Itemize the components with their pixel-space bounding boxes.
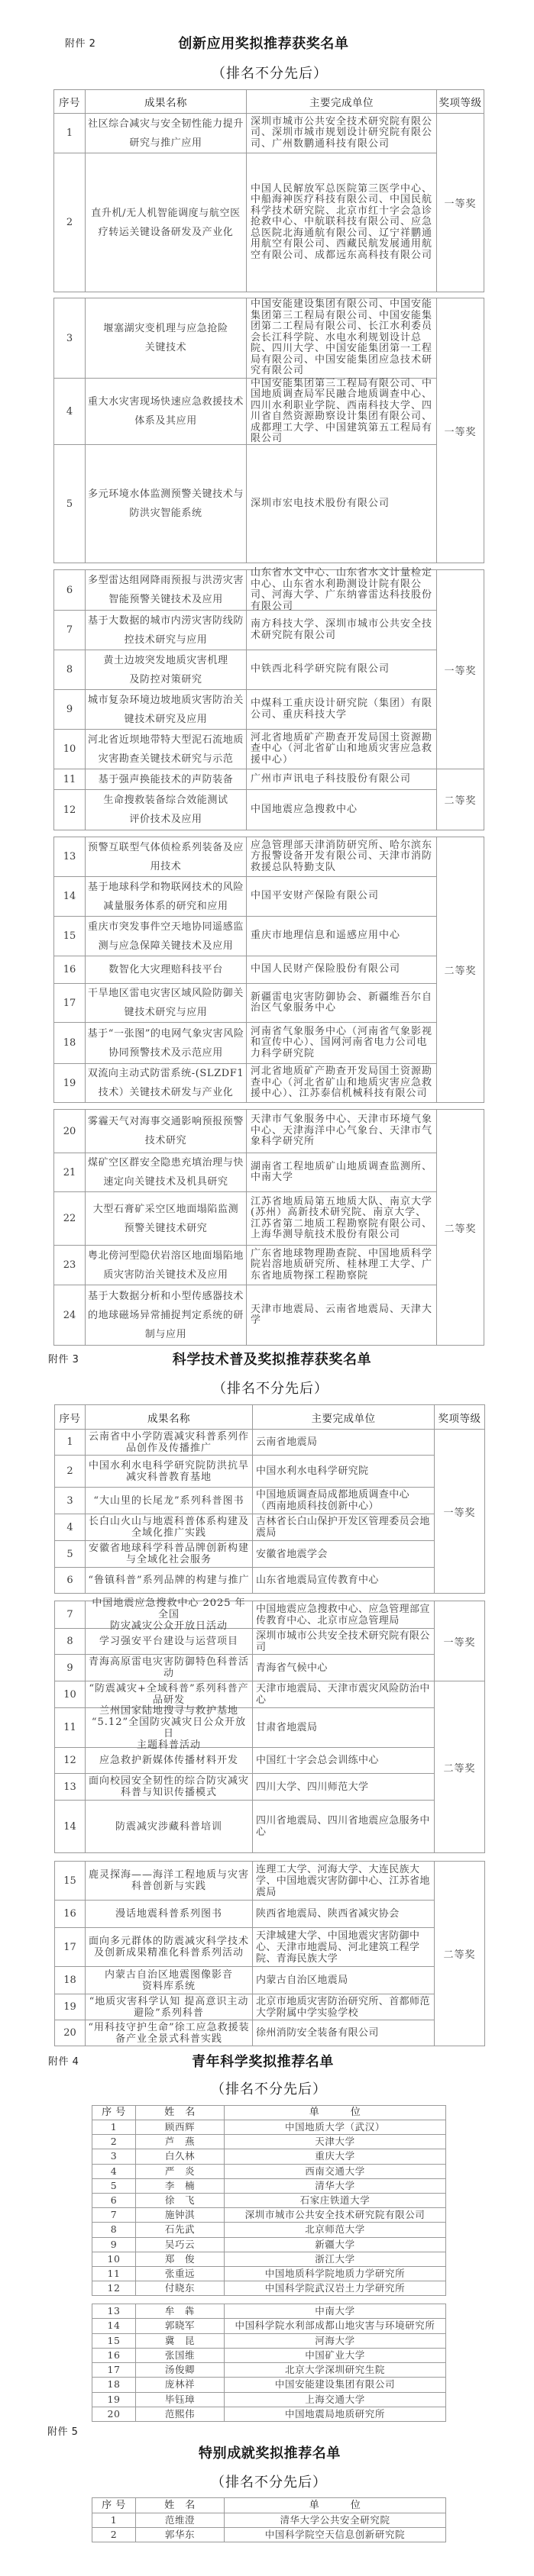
attachment-label: 附件 3 [48,1354,79,1366]
table-row: 11基于强声换能技术的声防装备广州市声讯电子科技股份有限公司 [54,769,484,790]
completing-units-cell: 四川大学、四川师范大学 [253,1774,435,1801]
achievement-name-cell: 预警互联型气体侦检系列装备及应用技术 [86,837,247,877]
row-index-cell: 2 [55,1456,86,1488]
person-name-cell: 范维澄 [136,2513,225,2528]
section-subtitle: （排名不分先后） [154,2081,384,2098]
table-header-cell: 奖项等级 [437,90,484,114]
table-row: 3堰塞湖灾变机理与应急抢险 关键技术中国安能建设集团有限公司、中国安能集团第三工… [54,298,484,379]
table-row: 13面向校园安全韧性的综合防灾减灾科普与知识传播模式四川大学、四川师范大学 [55,1774,485,1801]
person-name-cell: 徐 飞 [136,2194,225,2208]
row-index-cell: 13 [55,1774,86,1801]
completing-units-cell: 中国安能建设集团有限公司、中国安能集团第三工程局有限公司、中国安能集团第二工程局… [247,298,437,379]
table-row: 5多元环境水体监测预警关键技术与防洪灾智能系统深圳市宏电技术股份有限公司 [54,445,484,563]
table-row: 7中国地震应急搜救中心 2025 年全国 防灾减灾公众开放日活动中国地震应急搜救… [55,1601,485,1629]
row-index-cell: 18 [92,2378,136,2392]
award-level-cell: 二等奖 [437,837,484,1103]
row-index-cell: 8 [55,1629,86,1655]
row-index-cell: 11 [55,1708,86,1748]
t1-table-block: 6多型雷达组网降雨预报与洪涝灾害智能预警关键技术及应用山东省水文中心、山东省水文… [53,569,484,830]
table-row: 4长白山火山与地震科普体系构建及全域化推广实践吉林省长白山保护开发区管理委员会地… [55,1514,485,1541]
completing-units-cell: 中煤科工重庆设计研究院（集团）有限公司、重庆科技大学 [247,690,437,730]
section-subtitle: （排名不分先后） [154,2474,384,2491]
table-header-row: 序号成果名称主要完成单位奖项等级 [54,90,484,114]
row-index-cell: 1 [55,1430,86,1456]
achievement-name-cell: 干旱地区雷电灾害区域风险防御关键技术研究与应用 [86,984,247,1023]
t1-table-block: 3堰塞湖灾变机理与应急抢险 关键技术中国安能建设集团有限公司、中国安能集团第三工… [53,298,484,563]
award-level-cell: 二等奖 [437,769,484,830]
table-row: 2直升机/无人机智能调度与航空医疗转运关键设备研发及产业化中国人民解放军总医院第… [54,153,484,292]
row-index-cell: 24 [54,1285,86,1346]
row-index-cell: 8 [54,650,86,690]
table-row: 18内蒙古自治区地震图像影音 资料库系统内蒙古自治区地震局 [55,1967,485,1994]
person-name-cell: 顾西辉 [136,2120,225,2135]
row-index-cell: 4 [55,1514,86,1541]
achievement-name-cell: 中国水利水电科学研究院防洪抗旱减灾科普教育基地 [86,1456,253,1488]
row-index-cell: 11 [92,2267,136,2281]
achievement-name-cell: 黄土边坡突发地质灾害机理 及防控对策研究 [86,650,247,690]
table-row: 17汤俊卿北京大学深圳研究生院 [92,2363,446,2378]
attachment-label: 附件 5 [47,2426,78,2439]
row-index-cell: 16 [92,2349,136,2363]
achievement-name-cell: 粤北傍河型隐伏岩溶区地面塌陷地质灾害防治关键技术及应用 [86,1246,247,1285]
table-row: 16数智化大灾理赔科技平台中国人民财产保险股份有限公司 [54,956,484,984]
t5-table-block: 序 号姓 名单 位1范维澄清华大学公共安全研究院2郭华东中国科学院空天信息创新研… [92,2497,446,2542]
row-index-cell: 11 [54,769,86,790]
table-row: 20雾霾天气对海事交通影响预报预警技术研究天津市气象服务中心、天津市环境气象中心… [54,1110,484,1153]
completing-units-cell: 中国平安财产保险有限公司 [247,877,437,917]
table-row: 17干旱地区雷电灾害区域风险防御关键技术研究与应用新疆雷电灾害防御协会、新疆维吾… [54,984,484,1023]
person-name-cell: 石先武 [136,2223,225,2237]
achievement-name-cell: 学习强安平台建设与运营项目 [86,1629,253,1655]
row-index-cell: 19 [55,1994,86,2020]
row-index-cell: 9 [92,2238,136,2252]
award-level-cell: 一等奖 [437,570,484,769]
table-row: 8黄土边坡突发地质灾害机理 及防控对策研究中铁西北科学研究院有限公司 [54,650,484,690]
table-header-cell: 单 位 [225,2106,446,2120]
person-name-cell: 冀 昆 [136,2334,225,2349]
row-index-cell: 15 [92,2334,136,2349]
affiliation-cell: 中国安能建设集团有限公司 [225,2378,446,2392]
row-index-cell: 2 [54,153,86,292]
table-row: 14郭晓军中国科学院水利部成都山地灾害与环境研究所 [92,2319,446,2333]
row-index-cell: 2 [92,2135,136,2149]
person-name-cell: 庞林祥 [136,2378,225,2392]
row-index-cell: 6 [92,2194,136,2208]
row-index-cell: 16 [55,1901,86,1928]
completing-units-cell: 四川省地震局、四川省地震应急服务中心 [253,1801,435,1853]
table-row: 17面向多元群体的防震减灾科学技术及创新成果精准化科普系列活动天津城建大学、中国… [55,1928,485,1967]
award-level-cell: 二等奖 [435,1862,485,2046]
completing-units-cell: 北京市地质灾害防治研究所、首都师范大学附属中学实验学校 [253,1994,435,2020]
achievement-name-cell: 基于大数据分析和小型传感器技术的地球磁场异常捕捉判定系统的研制与应用 [86,1285,247,1346]
table-row: 22大型石膏矿采空区地面塌陷监测 预警关键技术研究江苏省地质局第五地质大队、南京… [54,1192,484,1246]
achievement-name-cell: 兰州国家陆地搜寻与救护基地 “5.12”全国防灾减灾日公众开放日 主题科普活动 [86,1708,253,1748]
row-index-cell: 3 [92,2149,136,2164]
row-index-cell: 1 [92,2120,136,2135]
row-index-cell: 1 [92,2513,136,2528]
table-row: 2郭华东中国科学院空天信息创新研究院 [92,2528,446,2542]
row-index-cell: 19 [92,2393,136,2407]
person-name-cell: 严 炎 [136,2165,225,2179]
achievement-name-cell: 重大水灾害现场快速应急救援技术体系及其应用 [86,379,247,445]
completing-units-cell: 山东省地震局宣传教育中心 [253,1568,435,1594]
achievement-name-cell: “鲁镇科普”系列品牌的构建与推广 [86,1568,253,1594]
achievement-name-cell: 青海高原雷电灾害防御特色科普活动 [86,1655,253,1681]
person-name-cell: 张国维 [136,2349,225,2363]
achievement-name-cell: 煤矿空区群安全隐患充填治理与快速定向关键技术及机具研究 [86,1153,247,1192]
table-header-row: 序 号姓 名单 位 [92,2106,446,2120]
achievement-name-cell: “用科技守护生命”徐工应急救援装备产业全景式科普实践 [86,2020,253,2046]
achievement-name-cell: 基于大数据的城市内涝灾害防线防控技术研究与应用 [86,611,247,650]
person-name-cell: 李 楠 [136,2179,225,2194]
affiliation-cell: 清华大学 [225,2179,446,2194]
table-row: 14基于地球科学和物联网技术的风险减量服务体系的研究和应用中国平安财产保险有限公… [54,877,484,917]
row-index-cell: 7 [92,2208,136,2223]
row-index-cell: 19 [54,1064,86,1103]
affiliation-cell: 清华大学公共安全研究院 [225,2513,446,2528]
attachment-label: 附件 2 [65,38,95,50]
table-header-cell: 序 号 [92,2498,136,2513]
achievement-name-cell: “大山里的长尾龙”系列科普图书 [86,1488,253,1514]
completing-units-cell: 甘肃省地震局 [253,1708,435,1748]
table-row: 12应急救护新媒体传播材料开发中国红十字会总会训练中心 [55,1748,485,1774]
completing-units-cell: 中国安能集团第三工程局有限公司、中国地质调查局军民融合地质调查中心、四川水利职业… [247,379,437,445]
affiliation-cell: 中国地质科学院地质力学研究所 [225,2267,446,2281]
affiliation-cell: 北京师范大学 [225,2223,446,2237]
achievement-name-cell: 城市复杂环境边坡地质灾害防治关键技术研究及应用 [86,690,247,730]
affiliation-cell: 中国科学院空天信息创新研究院 [225,2528,446,2542]
table-row: 18庞林祥中国安能建设集团有限公司 [92,2378,446,2392]
section-title: 特别成就奖拟推荐名单 [109,2445,430,2462]
section-subtitle: （排名不分先后） [155,66,384,82]
section-title: 创新应用奖拟推荐获奖名单 [103,36,424,53]
t3-table-block: 15鹿灵探海——海洋工程地质与灾害科普创新与实践连理工大学、河海大学、大连民族大… [54,1861,485,2046]
table-row: 7基于大数据的城市内涝灾害防线防控技术研究与应用南方科技大学、深圳市城市公共安全… [54,611,484,650]
row-index-cell: 14 [55,1801,86,1853]
achievement-name-cell: 安徽省地球科学科普品牌创新构建与全域化社会服务 [86,1541,253,1568]
person-name-cell: 牟 犇 [136,2304,225,2319]
affiliation-cell: 中国科学院武汉岩土力学研究所 [225,2281,446,2296]
row-index-cell: 23 [54,1246,86,1285]
achievement-name-cell: 基于强声换能技术的声防装备 [86,769,247,790]
section-title: 科学技术普及奖拟推荐获奖名单 [112,1352,432,1369]
achievement-name-cell: 面向多元群体的防震减灾科学技术及创新成果精准化科普系列活动 [86,1928,253,1967]
row-index-cell: 10 [54,730,86,769]
attachment-label: 附件 4 [48,2056,79,2068]
person-name-cell: 吴巧云 [136,2238,225,2252]
row-index-cell: 18 [55,1967,86,1994]
table-row: 19双流向主动式防雷系统-(SLZDF1 技术）关键技术研发与产业化河北省地质矿… [54,1064,484,1103]
table-row: 6“鲁镇科普”系列品牌的构建与推广山东省地震局宣传教育中心 [55,1568,485,1594]
row-index-cell: 20 [55,2020,86,2046]
achievement-name-cell: 漫话地震科普系列图书 [86,1901,253,1928]
person-name-cell: 郭晓军 [136,2319,225,2333]
table-header-cell: 成果名称 [86,1405,253,1430]
row-index-cell: 15 [54,917,86,956]
row-index-cell: 4 [92,2165,136,2179]
table-row: 10郑 俊浙江大学 [92,2252,446,2267]
section-subtitle: （排名不分先后） [156,1381,385,1398]
table-row: 23粤北傍河型隐伏岩溶区地面塌陷地质灾害防治关键技术及应用广东省地球物理勘查院、… [54,1246,484,1285]
row-index-cell: 4 [54,379,86,445]
completing-units-cell: 应急管理部天津消防研究所、哈尔滨东方报警设备开发有限公司、天津市消防救援总队特勤… [247,837,437,877]
t1-table-block: 序号成果名称主要完成单位奖项等级1社区综合减灾与安全韧性能力提升研究与推广应用深… [53,89,484,292]
completing-units-cell: 重庆市地理信息和遥感应用中心 [247,917,437,956]
t3-table-block: 序号成果名称主要完成单位奖项等级1云南省中小学防震减灾科普系列作品创作及传播推广… [54,1404,485,1594]
achievement-name-cell: 防震减灾涉藏科普培训 [86,1801,253,1853]
completing-units-cell: 安徽省地震学会 [253,1541,435,1568]
completing-units-cell: 中国地质调查局成都地质调查中心 （西南地质科技创新中心） [253,1488,435,1514]
row-index-cell: 3 [55,1488,86,1514]
row-index-cell: 2 [92,2528,136,2542]
completing-units-cell: 江苏省地质局第五地质大队、南京大学(苏州）高新技术研究院、南京大学、江苏省第二地… [247,1192,437,1246]
table-row: 19毕钰璋上海交通大学 [92,2393,446,2407]
completing-units-cell: 湖南省工程地质矿山地质调查监测所、中南大学 [247,1153,437,1192]
achievement-name-cell: 双流向主动式防雷系统-(SLZDF1 技术）关键技术研发与产业化 [86,1064,247,1103]
table-row: 3“大山里的长尾龙”系列科普图书中国地质调查局成都地质调查中心 （西南地质科技创… [55,1488,485,1514]
completing-units-cell: 深圳市宏电技术股份有限公司 [247,445,437,563]
completing-units-cell: 新疆雷电灾害防御协会、新疆维吾尔自治区气象服务中心 [247,984,437,1023]
table-row: 6徐 飞石家庄铁道大学 [92,2194,446,2208]
table-header-cell: 序号 [54,90,86,114]
table-row: 2芦 燕天津大学 [92,2135,446,2149]
completing-units-cell: 徐州消防安全装备有限公司 [253,2020,435,2046]
row-index-cell: 5 [55,1541,86,1568]
table-header-row: 序号成果名称主要完成单位奖项等级 [55,1405,485,1430]
completing-units-cell: 中国地震应急搜救中心、应急管理部宣传教育中心、北京市应急管理局 [253,1601,435,1629]
completing-units-cell: 广州市声讯电子科技股份有限公司 [247,769,437,790]
completing-units-cell: 中国水利水电科学研究院 [253,1456,435,1488]
table-row: 21煤矿空区群安全隐患充填治理与快速定向关键技术及机具研究湖南省工程地质矿山地质… [54,1153,484,1192]
row-index-cell: 7 [55,1601,86,1629]
completing-units-cell: 山东省水文中心、山东省水文计量检定中心、山东省水利勘测设计院有限公司、河海大学、… [247,570,437,611]
table-header-cell: 序 号 [92,2106,136,2120]
table-row: 12付晓东中国科学院武汉岩土力学研究所 [92,2281,446,2296]
t4-table-block: 序 号姓 名单 位1顾西辉中国地质大学（武汉）2芦 燕天津大学3白久林重庆大学4… [92,2105,446,2296]
achievement-name-cell: 堰塞湖灾变机理与应急抢险 关键技术 [86,298,247,379]
table-row: 13预警互联型气体侦检系列装备及应用技术应急管理部天津消防研究所、哈尔滨东方报警… [54,837,484,877]
award-level-cell: 二等奖 [437,1110,484,1346]
table-row: 9吴巧云新疆大学 [92,2238,446,2252]
completing-units-cell: 云南省地震局 [253,1430,435,1456]
table-row: 1顾西辉中国地质大学（武汉） [92,2120,446,2135]
completing-units-cell: 天津市地震局、天津市震灾风险防治中心 [253,1681,435,1708]
table-row: 8石先武北京师范大学 [92,2223,446,2237]
table-row: 15鹿灵探海——海洋工程地质与灾害科普创新与实践连理工大学、河海大学、大连民族大… [55,1862,485,1901]
person-name-cell: 芦 燕 [136,2135,225,2149]
affiliation-cell: 重庆大学 [225,2149,446,2164]
row-index-cell: 22 [54,1192,86,1246]
person-name-cell: 汤俊卿 [136,2363,225,2378]
row-index-cell: 14 [54,877,86,917]
achievement-name-cell: “地质灾害科学认知 提高意识主动避险”系列科普 [86,1994,253,2020]
table-row: 20“用科技守护生命”徐工应急救援装备产业全景式科普实践徐州消防安全装备有限公司 [55,2020,485,2046]
table-header-cell: 成果名称 [86,90,247,114]
table-row: 1云南省中小学防震减灾科普系列作品创作及传播推广云南省地震局 [55,1430,485,1456]
row-index-cell: 12 [92,2281,136,2296]
row-index-cell: 17 [55,1928,86,1967]
table-row: 16张国维中国矿业大学 [92,2349,446,2363]
table-row: 15冀 昆河海大学 [92,2334,446,2349]
achievement-name-cell: 云南省中小学防震减灾科普系列作品创作及传播推广 [86,1430,253,1456]
table-row: 9城市复杂环境边坡地质灾害防治关键技术研究及应用中煤科工重庆设计研究院（集团）有… [54,690,484,730]
affiliation-cell: 中国科学院水利部成都山地灾害与环境研究所 [225,2319,446,2333]
table-row: 3白久林重庆大学 [92,2149,446,2164]
affiliation-cell: 中南大学 [225,2304,446,2319]
completing-units-cell: 河北省地质矿产勘查开发局国土资源勘查中心（河北省矿山和地质灾害应急救援中心）、江… [247,1064,437,1103]
table-row: 20范熙伟中国地震局地质研究所 [92,2407,446,2422]
table-row: 9青海高原雷电灾害防御特色科普活动青海省气候中心 [55,1655,485,1681]
table-header-cell: 奖项等级 [435,1405,485,1430]
achievement-name-cell: 社区综合减灾与安全韧性能力提升研究与推广应用 [86,114,247,153]
completing-units-cell: 中国人民解放军总医院第三医学中心、中船海神医疗科技有限公司、中国民航科学技术研究… [247,153,437,292]
table-row: 11兰州国家陆地搜寻与救护基地 “5.12”全国防灾减灾日公众开放日 主题科普活… [55,1708,485,1748]
affiliation-cell: 上海交通大学 [225,2393,446,2407]
table-row: 7施钟淇深圳市城市公共安全技术研究院有限公司 [92,2208,446,2223]
row-index-cell: 17 [54,984,86,1023]
completing-units-cell: 吉林省长白山保护开发区管理委员会地震局 [253,1514,435,1541]
achievement-name-cell: 鹿灵探海——海洋工程地质与灾害科普创新与实践 [86,1862,253,1901]
table-header-cell: 主要完成单位 [247,90,437,114]
affiliation-cell: 北京大学深圳研究生院 [225,2363,446,2378]
row-index-cell: 14 [92,2319,136,2333]
person-name-cell: 付晓东 [136,2281,225,2296]
table-header-cell: 单 位 [225,2498,446,2513]
award-level-cell: 一等奖 [437,114,484,292]
person-name-cell: 白久林 [136,2149,225,2164]
completing-units-cell: 天津市地震局、云南省地震局、天津大学 [247,1285,437,1346]
achievement-name-cell: 重庆市突发事件空天地协同遥感监测与应急保障关键技术及应用 [86,917,247,956]
row-index-cell: 6 [54,570,86,611]
affiliation-cell: 深圳市城市公共安全技术研究院有限公司 [225,2208,446,2223]
affiliation-cell: 河海大学 [225,2334,446,2349]
row-index-cell: 18 [54,1023,86,1064]
row-index-cell: 7 [54,611,86,650]
row-index-cell: 5 [92,2179,136,2194]
completing-units-cell: 青海省气候中心 [253,1655,435,1681]
person-name-cell: 施钟淇 [136,2208,225,2223]
table-row: 14防震减灾涉藏科普培训四川省地震局、四川省地震应急服务中心 [55,1801,485,1853]
achievement-name-cell: 生命搜救装备综合效能测试 评价技术及应用 [86,790,247,830]
achievement-name-cell: 中国地震应急搜救中心 2025 年全国 防灾减灾公众开放日活动 [86,1601,253,1629]
table-row: 16漫话地震科普系列图书陕西省地震局、陕西省减灾协会 [55,1901,485,1928]
completing-units-cell: 南方科技大学、深圳市城市公共安全技术研究院有限公司 [247,611,437,650]
row-index-cell: 3 [54,298,86,379]
affiliation-cell: 中国矿业大学 [225,2349,446,2363]
achievement-name-cell: 多型雷达组网降雨预报与洪涝灾害智能预警关键技术及应用 [86,570,247,611]
award-level-cell: 一等奖 [437,298,484,563]
row-index-cell: 9 [54,690,86,730]
row-index-cell: 12 [55,1748,86,1774]
achievement-name-cell: 长白山火山与地震科普体系构建及全域化推广实践 [86,1514,253,1541]
table-header-cell: 姓 名 [136,2106,225,2120]
table-header-row: 序 号姓 名单 位 [92,2498,446,2513]
table-row: 8学习强安平台建设与运营项目深圳市城市公共安全技术研究院有限公司 [55,1629,485,1655]
achievement-name-cell: 大型石膏矿采空区地面塌陷监测 预警关键技术研究 [86,1192,247,1246]
table-row: 10河北省近坝地带特大型泥石流地质灾害勘查关键技术研究与示范河北省地质矿产勘查开… [54,730,484,769]
completing-units-cell: 河北省地质矿产勘查开发局国土资源勘查中心（河北省矿山和地质灾害应急救援中心） [247,730,437,769]
affiliation-cell: 中国地质大学（武汉） [225,2120,446,2135]
person-name-cell: 郑 俊 [136,2252,225,2267]
completing-units-cell: 广东省地球物理勘查院、中国地质科学院岩溶地质研究所、桂林理工大学、广东省地质物探… [247,1246,437,1285]
row-index-cell: 13 [54,837,86,877]
achievement-name-cell: 面向校园安全韧性的综合防灾减灾科普与知识传播模式 [86,1774,253,1801]
table-row: 15重庆市突发事件空天地协同遥感监测与应急保障关键技术及应用重庆市地理信息和遥感… [54,917,484,956]
table-row: 2中国水利水电科学研究院防洪抗旱减灾科普教育基地中国水利水电科学研究院 [55,1456,485,1488]
affiliation-cell: 天津大学 [225,2135,446,2149]
row-index-cell: 15 [55,1862,86,1901]
affiliation-cell: 浙江大学 [225,2252,446,2267]
table-row: 1范维澄清华大学公共安全研究院 [92,2513,446,2528]
t3-table-block: 7中国地震应急搜救中心 2025 年全国 防灾减灾公众开放日活动中国地震应急搜救… [54,1601,485,1853]
achievement-name-cell: 直升机/无人机智能调度与航空医疗转运关键设备研发及产业化 [86,153,247,292]
table-row: 1社区综合减灾与安全韧性能力提升研究与推广应用深圳市城市公共安全技术研究院有限公… [54,114,484,153]
row-index-cell: 9 [55,1655,86,1681]
table-header-cell: 姓 名 [136,2498,225,2513]
completing-units-cell: 中国地震应急搜救中心 [247,790,437,830]
table-row: 18基于“一张图”的电网气象灾害风险协同预警技术及示范应用河南省气象服务中心（河… [54,1023,484,1064]
person-name-cell: 毕钰璋 [136,2393,225,2407]
table-row: 11张重远中国地质科学院地质力学研究所 [92,2267,446,2281]
achievement-name-cell: 雾霾天气对海事交通影响预报预警技术研究 [86,1110,247,1153]
achievement-name-cell: 基于地球科学和物联网技术的风险减量服务体系的研究和应用 [86,877,247,917]
table-row: 13牟 犇中南大学 [92,2304,446,2319]
row-index-cell: 21 [54,1153,86,1192]
achievement-name-cell: 应急救护新媒体传播材料开发 [86,1748,253,1774]
table-header-cell: 序号 [55,1405,86,1430]
award-level-cell: 一等奖 [435,1430,485,1594]
completing-units-cell: 天津市气象服务中心、天津市环境气象中心、天津海洋中心气象台、天津市气象科学研究所 [247,1110,437,1153]
row-index-cell: 17 [92,2363,136,2378]
row-index-cell: 8 [92,2223,136,2237]
achievement-name-cell: 内蒙古自治区地震图像影音 资料库系统 [86,1967,253,1994]
completing-units-cell: 中国红十字会总会训练中心 [253,1748,435,1774]
award-level-cell: 一等奖 [435,1601,485,1681]
row-index-cell: 1 [54,114,86,153]
completing-units-cell: 天津城建大学、中国地震灾害防御中心、天津市地震局、河北建筑工程学院、青海民族大学 [253,1928,435,1967]
person-name-cell: 张重远 [136,2267,225,2281]
table-row: 5安徽省地球科学科普品牌创新构建与全域化社会服务安徽省地震学会 [55,1541,485,1568]
achievement-name-cell: 多元环境水体监测预警关键技术与防洪灾智能系统 [86,445,247,563]
section-title: 青年科学奖拟推荐名单 [102,2054,423,2071]
row-index-cell: 6 [55,1568,86,1594]
row-index-cell: 16 [54,956,86,984]
table-row: 19“地质灾害科学认知 提高意识主动避险”系列科普北京市地质灾害防治研究所、首都… [55,1994,485,2020]
row-index-cell: 13 [92,2304,136,2319]
award-level-cell: 二等奖 [435,1681,485,1853]
table-row: 5李 楠清华大学 [92,2179,446,2194]
person-name-cell: 郭华东 [136,2528,225,2542]
table-row: 12生命搜救装备综合效能测试 评价技术及应用中国地震应急搜救中心 [54,790,484,830]
completing-units-cell: 中铁西北科学研究院有限公司 [247,650,437,690]
completing-units-cell: 内蒙古自治区地震局 [253,1967,435,1994]
row-index-cell: 12 [54,790,86,830]
affiliation-cell: 新疆大学 [225,2238,446,2252]
affiliation-cell: 西南交通大学 [225,2165,446,2179]
table-header-cell: 主要完成单位 [253,1405,435,1430]
table-row: 4重大水灾害现场快速应急救援技术体系及其应用中国安能集团第三工程局有限公司、中国… [54,379,484,445]
row-index-cell: 20 [54,1110,86,1153]
achievement-name-cell: 数智化大灾理赔科技平台 [86,956,247,984]
completing-units-cell: 深圳市城市公共安全技术研究院有限公司 [253,1629,435,1655]
row-index-cell: 10 [92,2252,136,2267]
t4-table-block: 13牟 犇中南大学14郭晓军中国科学院水利部成都山地灾害与环境研究所15冀 昆河… [92,2304,446,2422]
t1-table-block: 13预警互联型气体侦检系列装备及应用技术应急管理部天津消防研究所、哈尔滨东方报警… [53,837,484,1103]
completing-units-cell: 中国人民财产保险股份有限公司 [247,956,437,984]
table-row: 4严 炎西南交通大学 [92,2165,446,2179]
person-name-cell: 范熙伟 [136,2407,225,2422]
affiliation-cell: 石家庄铁道大学 [225,2194,446,2208]
